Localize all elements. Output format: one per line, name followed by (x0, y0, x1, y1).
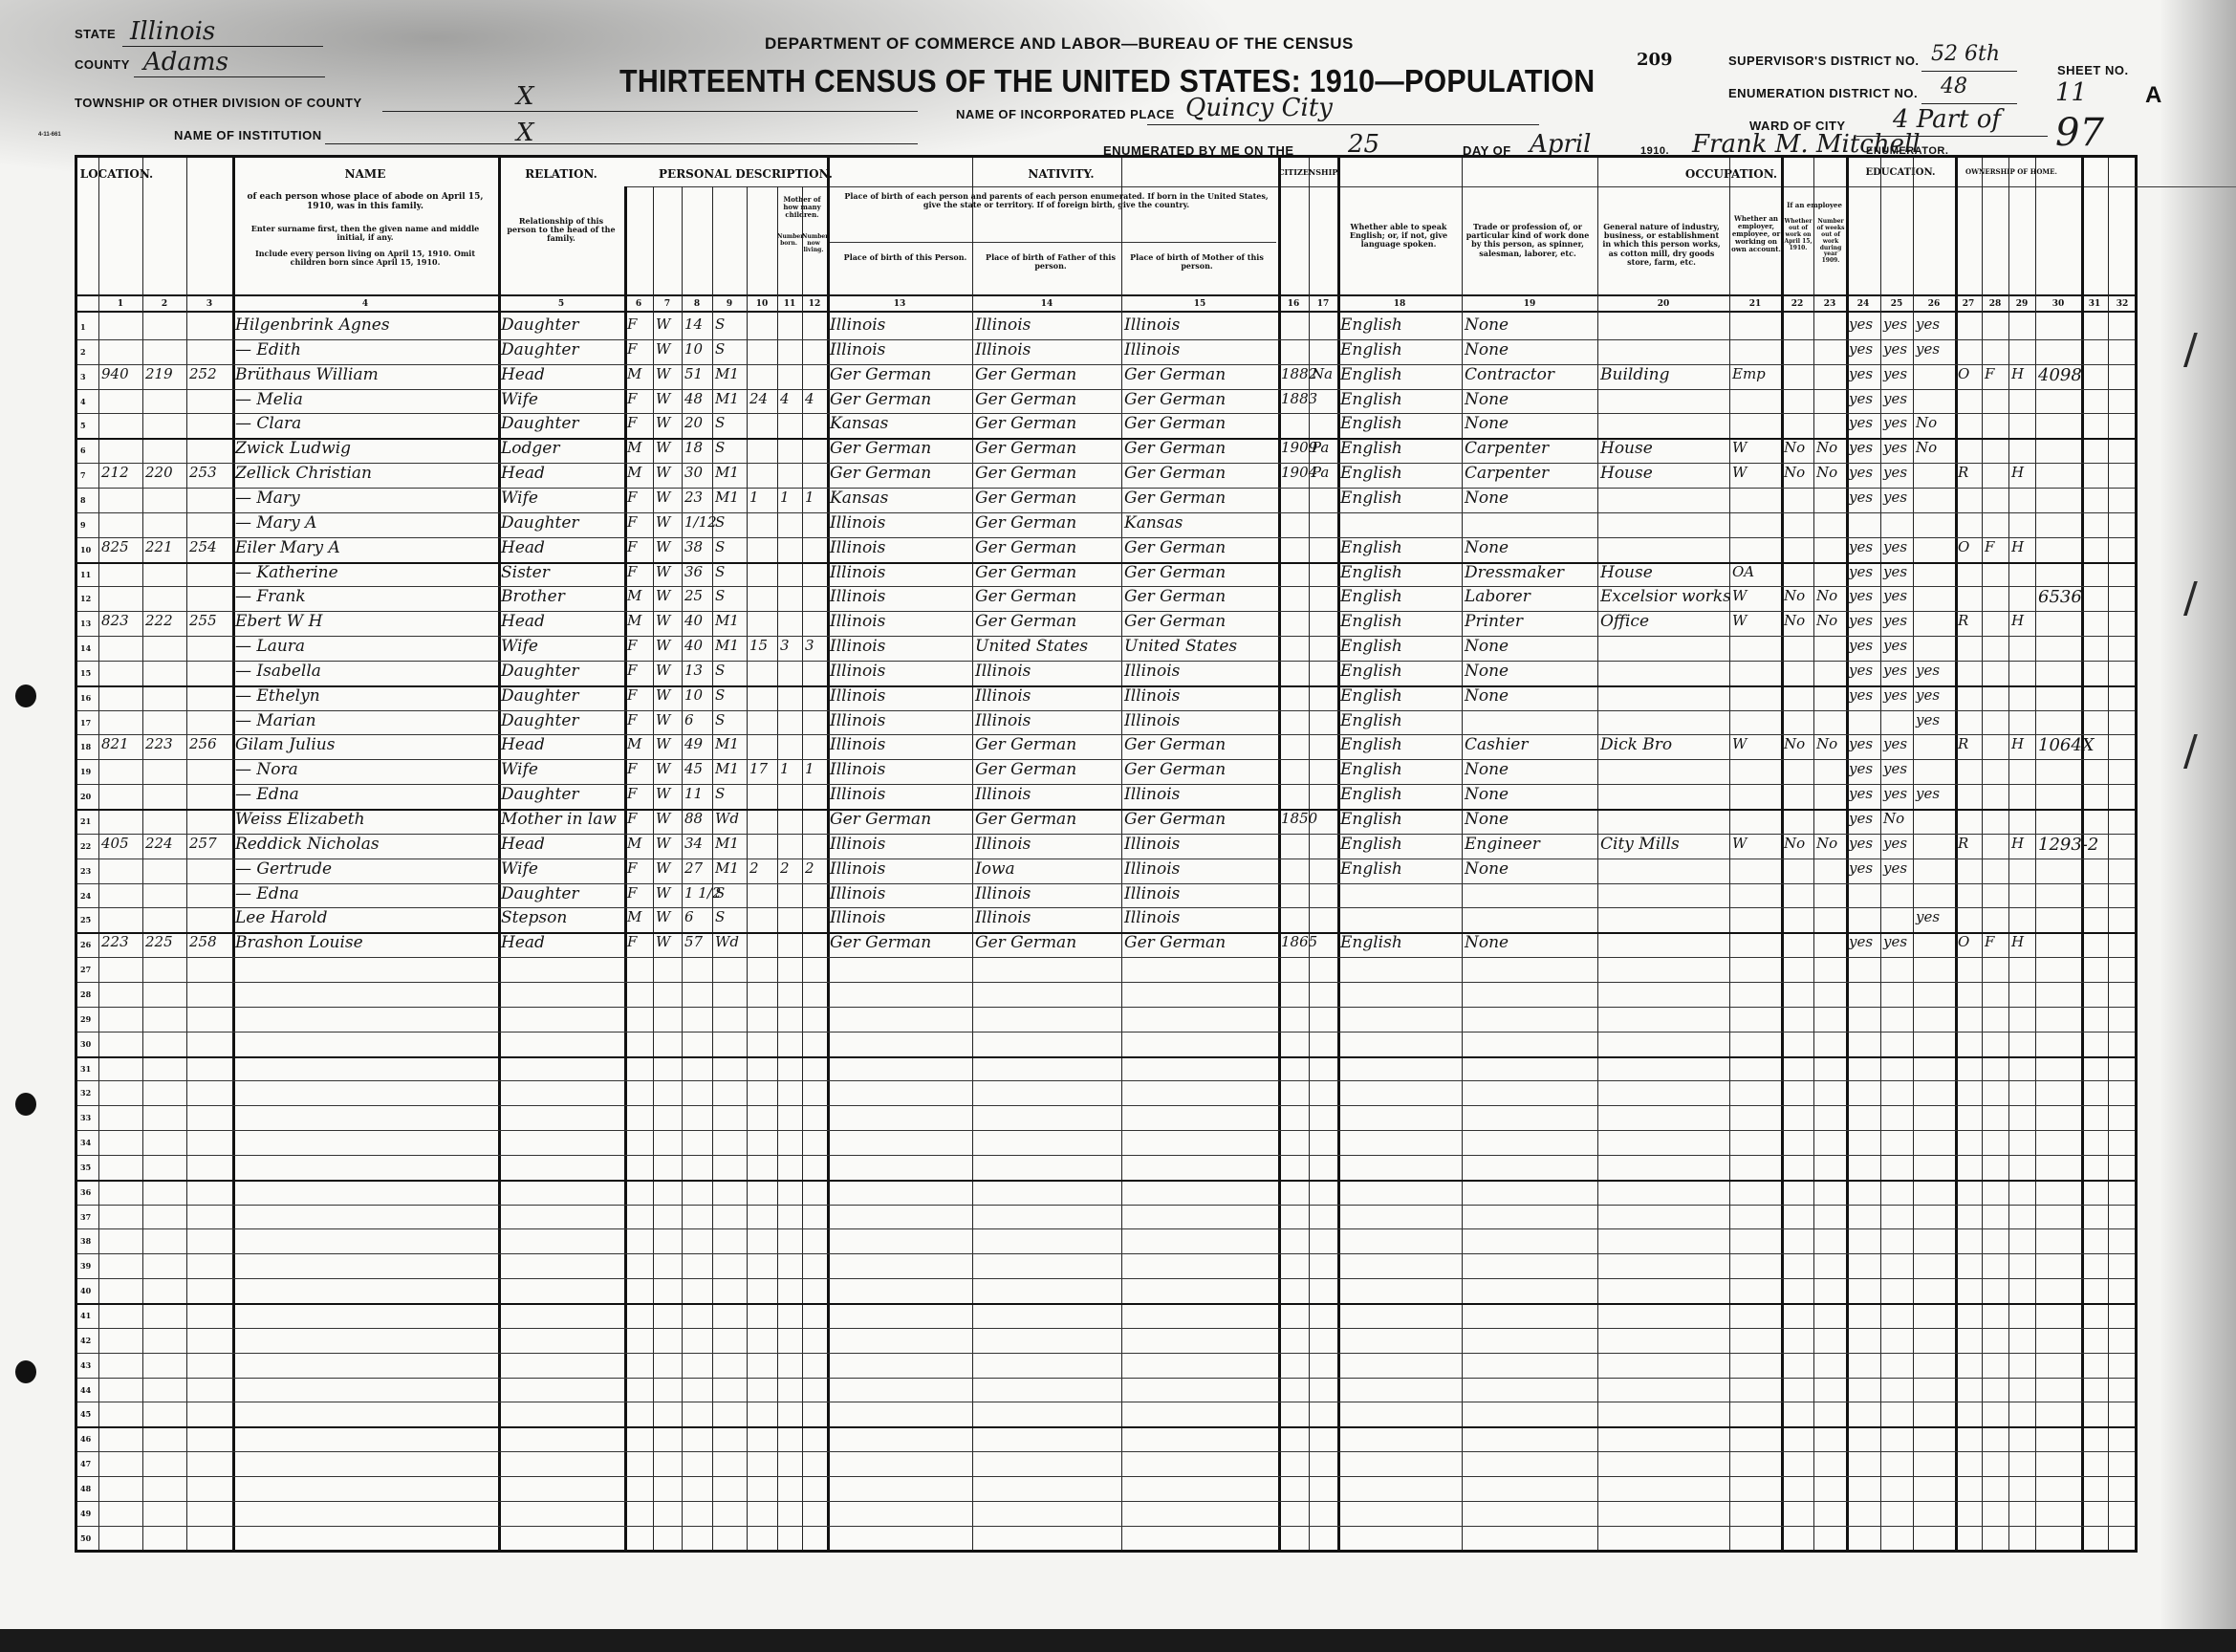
cell-school: yes (1916, 340, 1940, 358)
cell-years-married: 24 (749, 390, 768, 407)
ward-label: Ward of city (1749, 119, 1846, 133)
cell-marital: M1 (715, 365, 739, 382)
line-number: 46 (80, 1434, 91, 1444)
cell-farm: H (2011, 464, 2024, 481)
empty-row: 30 (77, 1032, 2135, 1056)
cell-age: 45 (684, 760, 703, 777)
out-of-work-header: Whether out of work on April 15, 1910. (1783, 219, 1813, 251)
cell-name: Lee Harold (235, 908, 327, 927)
cell-read: yes (1849, 810, 1873, 827)
cell-school: yes (1916, 785, 1940, 802)
cell-sex: F (627, 637, 637, 654)
cell-read: yes (1849, 735, 1873, 752)
cell-language: English (1340, 340, 1402, 359)
cell-language: English (1340, 662, 1402, 681)
cell-mother-birth: Illinois (1124, 711, 1180, 730)
cell-free: F (1985, 538, 1994, 555)
cell-dwelling: 221 (145, 538, 173, 555)
cell-age: 27 (684, 859, 703, 877)
cell-father-birth: Illinois (975, 711, 1031, 730)
cell-language: English (1340, 414, 1402, 433)
cell-birth: Illinois (830, 735, 885, 754)
cell-language: English (1340, 390, 1402, 409)
cell-birth: Illinois (830, 859, 885, 879)
cell-language: English (1340, 637, 1402, 656)
cell-trade: None (1465, 810, 1509, 829)
cell-birth: Ger German (830, 810, 931, 829)
cell-name: — Frank (235, 587, 306, 606)
cell-age: 25 (684, 587, 703, 604)
birth-father-header: Place of birth of Father of this person. (980, 253, 1121, 271)
cell-language: English (1340, 686, 1402, 706)
cell-employ: W (1732, 587, 1747, 604)
cell-marital: M1 (715, 612, 739, 629)
cell-sex: M (627, 587, 641, 604)
empty-row: 34 (77, 1130, 2135, 1155)
margin-note: 97 (2055, 111, 2104, 155)
cell-trade: None (1465, 315, 1509, 335)
cell-marital: M1 (715, 489, 739, 506)
relation-desc: Relationship of this person to the head … (504, 217, 619, 244)
cell-name: — Nora (235, 760, 298, 779)
cell-birth: Kansas (830, 489, 888, 508)
table-row: 21Weiss ElizabethMother in lawFW88WdGer … (77, 809, 2135, 834)
column-number: 27 (1955, 299, 1982, 309)
column-number: 15 (1121, 299, 1278, 309)
empty-row: 45 (77, 1402, 2135, 1426)
sheet-value: 11 (2055, 78, 2087, 107)
punch-hole (15, 1093, 36, 1116)
cell-years-married: 15 (749, 637, 768, 654)
cell-industry: House (1600, 464, 1653, 483)
cell-farm: H (2011, 933, 2024, 950)
line-number: 43 (80, 1360, 91, 1370)
cell-language: English (1340, 933, 1402, 952)
cell-age: 13 (684, 662, 703, 679)
line-number: 39 (80, 1261, 91, 1271)
cell-write: yes (1883, 340, 1907, 358)
cell-family: 252 (189, 365, 217, 382)
cell-birth: Illinois (830, 587, 885, 606)
cell-name: — Laura (235, 637, 305, 656)
cell-trade: Printer (1465, 612, 1523, 631)
cell-race: W (656, 489, 670, 506)
cell-write: yes (1883, 365, 1907, 382)
empty-row: 35 (77, 1155, 2135, 1180)
cell-dwelling: 222 (145, 612, 173, 629)
cell-father-birth: United States (975, 637, 1088, 656)
cell-years-married: 1 (749, 489, 759, 506)
column-number: 10 (747, 299, 777, 309)
table-row: 5— ClaraDaughterFW20SKansasGer GermanGer… (77, 413, 2135, 438)
cell-language: English (1340, 315, 1402, 335)
cell-birth: Illinois (830, 835, 885, 854)
cell-family: 258 (189, 933, 217, 950)
cell-sex: F (627, 414, 637, 431)
cell-mother-birth: Ger German (1124, 489, 1226, 508)
cell-relation: Head (501, 735, 545, 754)
weeks-out-header: Number of weeks out of work during year … (1815, 219, 1846, 265)
cell-sex: F (627, 662, 637, 679)
cell-trade: None (1465, 637, 1509, 656)
cell-school: No (1916, 439, 1937, 456)
cell-living: 2 (805, 859, 814, 877)
sheet-label: Sheet No. (2057, 63, 2129, 77)
cell-race: W (656, 735, 670, 752)
cell-trade: None (1465, 785, 1509, 804)
cell-natz: Pa (1312, 464, 1329, 481)
cell-mother-birth: Ger German (1124, 464, 1226, 483)
cell-school: yes (1916, 686, 1940, 704)
cell-write: yes (1883, 760, 1907, 777)
cell-marital: Wd (715, 810, 739, 827)
cell-marital: M1 (715, 464, 739, 481)
enumeration-label: Enumeration District No. (1728, 86, 1918, 100)
cell-name: — Gertrude (235, 859, 332, 879)
column-number: 31 (2081, 299, 2108, 309)
empty-row: 33 (77, 1105, 2135, 1130)
cell-name: Gilam Julius (235, 735, 335, 754)
line-number: 49 (80, 1509, 91, 1518)
cell-farm: H (2011, 612, 2024, 629)
cell-line: 14 (80, 643, 91, 653)
cell-out: No (1784, 464, 1805, 481)
cell-write: yes (1883, 662, 1907, 679)
cell-write: yes (1883, 933, 1907, 950)
column-number: 3 (186, 299, 232, 309)
cell-sex: F (627, 315, 637, 333)
cell-race: W (656, 686, 670, 704)
cell-read: yes (1849, 365, 1873, 382)
cell-employ: W (1732, 439, 1747, 456)
cell-race: W (656, 810, 670, 827)
column-number: 1 (98, 299, 142, 309)
cell-marital: S (715, 538, 725, 555)
cell-relation: Wife (501, 760, 538, 779)
cell-birth: Ger German (830, 390, 931, 409)
cell-write: yes (1883, 859, 1907, 877)
column-number: 29 (2008, 299, 2035, 309)
cell-race: W (656, 439, 670, 456)
cell-family: 254 (189, 538, 217, 555)
cell-language: English (1340, 835, 1402, 854)
group-relation: RELATION. (498, 167, 624, 181)
cell-school: yes (1916, 315, 1940, 333)
cell-line: 12 (80, 594, 91, 603)
empty-row: 44 (77, 1378, 2135, 1402)
group-location: LOCATION. (77, 167, 156, 181)
line-number: 38 (80, 1236, 91, 1246)
cell-sex: F (627, 513, 637, 531)
cell-name: — Ethelyn (235, 686, 320, 706)
cell-age: 14 (684, 315, 703, 333)
line-number: 42 (80, 1336, 91, 1345)
cell-marital: S (715, 908, 725, 925)
cell-trade: Engineer (1465, 835, 1540, 854)
column-number: 19 (1462, 299, 1597, 309)
cell-immig: 1865 (1281, 933, 1317, 950)
line-number: 40 (80, 1286, 91, 1295)
cell-write: yes (1883, 612, 1907, 629)
institution-label: Name of institution (174, 128, 322, 142)
cell-natz: Pa (1312, 439, 1329, 456)
cell-mother-birth: Illinois (1124, 785, 1180, 804)
cell-read: yes (1849, 637, 1873, 654)
line-number: 27 (80, 965, 91, 974)
cell-line: 1 (80, 322, 86, 332)
empty-row: 40 (77, 1278, 2135, 1303)
empty-row: 49 (77, 1501, 2135, 1526)
cell-sex: F (627, 933, 637, 950)
column-number: 12 (802, 299, 827, 309)
cell-trade: None (1465, 340, 1509, 359)
cell-name: Ebert W H (235, 612, 322, 631)
cell-sex: F (627, 390, 637, 407)
cell-relation: Stepson (501, 908, 567, 927)
cell-mother-birth: Illinois (1124, 315, 1180, 335)
cell-mother-birth: Illinois (1124, 908, 1180, 927)
cell-sex: F (627, 563, 637, 580)
cell-relation: Brother (501, 587, 565, 606)
cell-sex: F (627, 760, 637, 777)
empty-row: 27 (77, 957, 2135, 982)
cell-father-birth: Illinois (975, 340, 1031, 359)
cell-farm: H (2011, 835, 2024, 852)
punch-hole (15, 1360, 36, 1383)
cell-sex: F (627, 884, 637, 902)
cell-race: W (656, 933, 670, 950)
group-ownership: OWNERSHIP OF HOME. (1955, 167, 2068, 176)
empty-row: 32 (77, 1080, 2135, 1105)
cell-language: English (1340, 810, 1402, 829)
cell-mother-birth: Ger German (1124, 760, 1226, 779)
cell-language: English (1340, 587, 1402, 606)
cell-trade: None (1465, 390, 1509, 409)
cell-line: 21 (80, 816, 91, 826)
cell-out: No (1784, 612, 1805, 629)
census-table: LOCATION. NAME RELATION. PERSONAL DESCRI… (75, 155, 2138, 1553)
page-stamp: 209 (1637, 50, 1673, 70)
cell-race: W (656, 785, 670, 802)
cell-marital: S (715, 711, 725, 728)
cell-father-birth: Ger German (975, 489, 1076, 508)
cell-immig: 1883 (1281, 390, 1317, 407)
line-number: 35 (80, 1163, 91, 1172)
cell-write: yes (1883, 439, 1907, 456)
column-number: 8 (682, 299, 712, 309)
cell-read: yes (1849, 538, 1873, 555)
cell-father-birth: Ger German (975, 464, 1076, 483)
column-number: 30 (2035, 299, 2081, 309)
cell-language: English (1340, 464, 1402, 483)
cell-father-birth: Ger German (975, 735, 1076, 754)
cell-sched: 1064X (2038, 735, 2095, 755)
cell-father-birth: Ger German (975, 760, 1076, 779)
cell-birth: Illinois (830, 340, 885, 359)
cell-own: R (1958, 735, 1968, 752)
cell-relation: Daughter (501, 662, 579, 681)
cell-out: No (1784, 735, 1805, 752)
if-employee-header: If an employee (1783, 202, 1846, 209)
cell-birth: Illinois (830, 884, 885, 903)
cell-out: No (1784, 835, 1805, 852)
cell-read: yes (1849, 835, 1873, 852)
cell-marital: M1 (715, 390, 739, 407)
cell-age: 88 (684, 810, 703, 827)
cell-school: No (1916, 414, 1937, 431)
cell-industry: Dick Bro (1600, 735, 1672, 754)
num-living-header: Number now living. (802, 234, 825, 254)
enumeration-value: 48 (1941, 75, 1967, 98)
cell-name: Hilgenbrink Agnes (235, 315, 390, 335)
cell-language: English (1340, 735, 1402, 754)
cell-line: 22 (80, 841, 91, 851)
table-row: 22405224257Reddick NicholasHeadMW34M1Ill… (77, 834, 2135, 859)
cell-line: 5 (80, 421, 86, 430)
name-desc: of each person whose place of abode on A… (240, 192, 490, 212)
cell-race: W (656, 464, 670, 481)
scan-edge-bottom (0, 1629, 2236, 1652)
cell-own: O (1958, 538, 1969, 555)
cell-birth: Illinois (830, 686, 885, 706)
line-number: 50 (80, 1533, 91, 1543)
cell-race: W (656, 340, 670, 358)
cell-race: W (656, 835, 670, 852)
cell-birth: Illinois (830, 637, 885, 656)
cell-mother-birth: Illinois (1124, 835, 1180, 854)
cell-dwelling: 220 (145, 464, 173, 481)
cell-father-birth: Ger German (975, 563, 1076, 582)
cell-street: 823 (101, 612, 129, 629)
cell-born: 3 (780, 637, 790, 654)
empty-row: 29 (77, 1007, 2135, 1032)
cell-birth: Illinois (830, 513, 885, 533)
cell-marital: S (715, 414, 725, 431)
empty-row: 47 (77, 1451, 2135, 1476)
cell-weeks: No (1816, 439, 1837, 456)
cell-line: 25 (80, 915, 91, 924)
cell-birth: Ger German (830, 933, 931, 952)
cell-weeks: No (1816, 612, 1837, 629)
cell-age: 57 (684, 933, 703, 950)
empty-row: 43 (77, 1353, 2135, 1378)
cell-write: yes (1883, 315, 1907, 333)
cell-trade: None (1465, 489, 1509, 508)
cell-race: W (656, 711, 670, 728)
cell-trade: Contractor (1465, 365, 1554, 384)
incorporated-place-value: Quincy City (1185, 94, 1333, 122)
cell-mother-birth: Illinois (1124, 859, 1180, 879)
cell-father-birth: Ger German (975, 414, 1076, 433)
column-number: 7 (653, 299, 682, 309)
line-number: 45 (80, 1409, 91, 1419)
cell-family: 257 (189, 835, 217, 852)
cell-born: 1 (780, 760, 790, 777)
cell-name: — Isabella (235, 662, 321, 681)
cell-birth: Ger German (830, 439, 931, 458)
cell-read: yes (1849, 464, 1873, 481)
table-row: 24— EdnaDaughterFW1 1/2SIllinoisIllinois… (77, 883, 2135, 908)
cell-employ: W (1732, 612, 1747, 629)
cell-language: English (1340, 785, 1402, 804)
cell-race: W (656, 365, 670, 382)
cell-age: 51 (684, 365, 703, 382)
empty-row: 39 (77, 1253, 2135, 1278)
cell-sched: 1293-2 (2038, 835, 2098, 855)
cell-race: W (656, 637, 670, 654)
cell-line: 24 (80, 891, 91, 901)
cell-age: 30 (684, 464, 703, 481)
cell-birth: Illinois (830, 538, 885, 557)
cell-school: yes (1916, 711, 1940, 728)
line-number: 34 (80, 1138, 91, 1147)
cell-relation: Sister (501, 563, 550, 582)
cell-read: yes (1849, 390, 1873, 407)
cell-line: 6 (80, 446, 86, 455)
cell-father-birth: Illinois (975, 835, 1031, 854)
column-number: 6 (624, 299, 653, 309)
cell-language: English (1340, 489, 1402, 508)
state-value: Illinois (130, 17, 215, 46)
group-nativity: NATIVITY. (827, 167, 1295, 181)
ward-value: 4 Part of (1893, 105, 2001, 134)
form-code: 4-11-661 (38, 132, 61, 138)
table-row: 25Lee HaroldStepsonMW6SIllinoisIllinoisI… (77, 907, 2135, 932)
birth-mother-header: Place of birth of Mother of this person. (1125, 253, 1269, 271)
cell-age: 48 (684, 390, 703, 407)
cell-sex: M (627, 464, 641, 481)
cell-sex: F (627, 711, 637, 728)
cell-age: 40 (684, 612, 703, 629)
cell-marital: S (715, 686, 725, 704)
cell-birth: Illinois (830, 612, 885, 631)
cell-mother-birth: Ger German (1124, 810, 1226, 829)
trade-header: Trade or profession of, or particular ki… (1465, 223, 1590, 258)
column-number: 25 (1880, 299, 1913, 309)
cell-write: yes (1883, 489, 1907, 506)
cell-race: W (656, 612, 670, 629)
cell-relation: Lodger (501, 439, 559, 458)
cell-name: — Edith (235, 340, 301, 359)
cell-marital: S (715, 662, 725, 679)
table-row: 14— LauraWifeFW40M11533IllinoisUnited St… (77, 636, 2135, 661)
cell-sex: F (627, 859, 637, 877)
cell-name: — Katherine (235, 563, 338, 582)
cell-living: 4 (805, 390, 814, 407)
cell-trade: Carpenter (1465, 464, 1549, 483)
cell-birth: Illinois (830, 662, 885, 681)
name-instr: Enter surname first, then the given name… (240, 225, 490, 242)
cell-age: 40 (684, 637, 703, 654)
group-education: EDUCATION. (1848, 167, 1953, 178)
cell-weeks: No (1816, 835, 1837, 852)
department-title: DEPARTMENT OF COMMERCE AND LABOR—BUREAU … (765, 34, 1354, 54)
cell-years-married: 2 (749, 859, 759, 877)
cell-language: English (1340, 538, 1402, 557)
cell-immig: 1850 (1281, 810, 1317, 827)
cell-sex: M (627, 835, 641, 852)
cell-line: 4 (80, 397, 86, 406)
table-row: 19— NoraWifeFW45M11711IllinoisGer German… (77, 759, 2135, 784)
cell-mother-birth: Ger German (1124, 439, 1226, 458)
table-row: 4— MeliaWifeFW48M12444Ger GermanGer Germ… (77, 389, 2135, 414)
cell-mother-birth: Ger German (1124, 390, 1226, 409)
cell-mother-birth: Illinois (1124, 884, 1180, 903)
column-number: 24 (1846, 299, 1880, 309)
empty-row: 50 (77, 1526, 2135, 1551)
cell-industry: Building (1600, 365, 1669, 384)
cell-read: yes (1849, 760, 1873, 777)
